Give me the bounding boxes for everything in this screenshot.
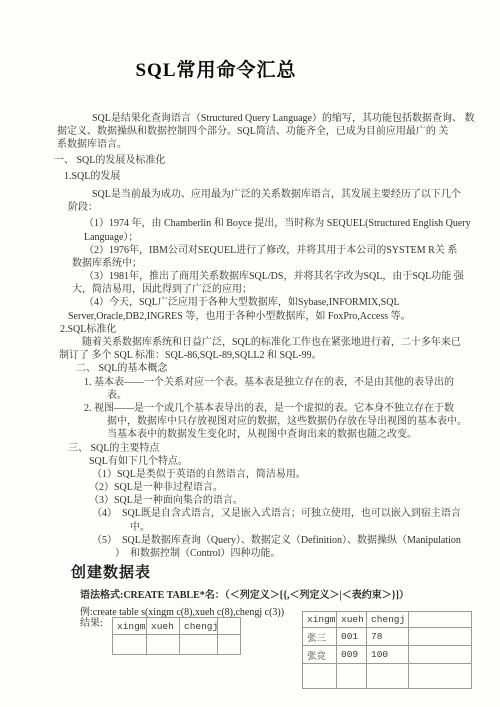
table-cell	[147, 635, 180, 655]
text-line: 大，简洁易用，因此得到了广泛的应用；	[0, 283, 500, 296]
table-cell	[113, 635, 147, 655]
list-item: （5） SQL是数据库查询（Query）、数据定义（Definition）、数据…	[0, 534, 500, 547]
example-line: 例:create table s(xingm c(8),xueh c(8),ch…	[80, 603, 284, 618]
table-cell: 张竞	[303, 646, 337, 664]
table-row: 张竞 009 100	[303, 646, 472, 664]
text-line: 阶段：	[0, 201, 500, 214]
table-header-cell: xingm	[113, 618, 147, 635]
table-header-cell	[218, 618, 241, 635]
text-line: 当基本表中的数据发生变化时，从视图中查询出来的数据也随之改变。	[0, 428, 500, 441]
table-cell	[367, 664, 409, 689]
table-cell	[180, 635, 218, 655]
list-item: （3）1981年，推出了商用关系数据库SQL/DS，并将其名字改为SQL，由于S…	[0, 270, 500, 283]
table-header-row: xingm xueh chengj	[113, 618, 241, 635]
list-item: （2）SQL是一种非过程语言。	[0, 481, 500, 494]
table-cell: 78	[367, 628, 409, 646]
table-row	[113, 635, 241, 655]
text-line: SQL是当前最为成功、应用最为广泛的关系数据库语言，其发展主要经历了以下几个	[0, 188, 500, 201]
text-line: Server,Oracle,DB2,INGRES 等，也用于各种小型数据库，如 …	[0, 310, 500, 323]
result-table-filled: xingm xueh chengj 张三 001 78 张竞 009 100	[302, 611, 472, 689]
table-header-cell: chengj	[367, 612, 409, 628]
list-item: （4） SQL既是自含式语言，又是嵌入式语言；可独立使用，也可以嵌入到宿主语言	[0, 507, 500, 520]
section-heading-2: 二、 SQL的基本概念	[0, 362, 500, 375]
result-table-empty: xingm xueh chengj	[112, 617, 241, 655]
table-cell	[337, 664, 367, 689]
create-table-heading: 创建数据表	[71, 561, 151, 582]
list-item: （3）SQL是一种面向集合的语言。	[0, 494, 500, 507]
table-cell	[303, 664, 337, 689]
list-item: 2. 视图——是一个或几个基本表导出的表，是一个虚拟的表。它本身不独立存在于数	[0, 402, 500, 415]
text-line: SQL是结果化查询语言（Structured Query Language）的缩…	[0, 112, 500, 125]
document-title: SQL常用命令汇总	[0, 55, 432, 82]
text-line: 系数据库语言。	[0, 138, 500, 151]
text-line: 中。	[0, 521, 500, 534]
table-cell	[409, 628, 472, 646]
result-label: 结果:	[80, 614, 103, 629]
list-item: （2）1976年，IBM公司对SEQUEL进行了修改，并将其用于本公司的SYST…	[0, 244, 500, 257]
list-item: （4）今天，SQL广泛应用于各种大型数据库，如Sybase,INFORMIX,S…	[0, 296, 500, 309]
text-line: 制订了 多个 SQL 标准：SQL-86,SQL-89,SQLL2 和 SQL-…	[0, 349, 500, 362]
table-header-cell: xueh	[147, 618, 180, 635]
table-cell	[409, 646, 472, 664]
subsection-heading: 2.SQL标准化	[0, 323, 500, 336]
text-line: 据中，数据库中只存放视图对应的数据，这些数据仍存放在导出视图的基本表中。	[0, 415, 500, 428]
table-row: 张三 001 78	[303, 628, 472, 646]
list-item: （1）1974 年，由 Chamberlin 和 Boyce 提出，当时称为 S…	[0, 217, 500, 230]
table-cell: 100	[367, 646, 409, 664]
text-line: 数据库系统中；	[0, 257, 500, 270]
table-header-cell	[409, 612, 472, 628]
table-cell: 001	[337, 628, 367, 646]
section-heading-3: 三、 SQL的主要特点	[0, 442, 500, 455]
text-line: SQL有如下几个特点。	[0, 455, 500, 468]
syntax-format-line: 语法格式:CREATE TABLE*名：（＜列定义＞[{,＜列定义＞|＜表约束＞…	[80, 586, 409, 601]
subsection-heading: 1.SQL的发展	[0, 170, 500, 183]
text-line: Language）；	[0, 231, 500, 244]
text-line: 据定义、数据操纵和数据控制四个部分。SQL简洁、功能齐全，已成为目前应用最广的 …	[0, 125, 500, 138]
table-cell	[409, 664, 472, 689]
table-header-row: xingm xueh chengj	[303, 612, 472, 628]
list-item: 1. 基本表——一个关系对应一个表。基本表是独立存在的表，不是由其他的表导出的	[0, 376, 500, 389]
text-line: ） 和数据控制（Control）四种功能。	[0, 547, 500, 560]
section-heading-1: 一、 SQL的发展及标准化	[0, 154, 500, 167]
table-cell	[218, 635, 241, 655]
text-line: 随着关系数据库系统和日益广泛，SQL的标准化工作也在紧张地进行着，二十多年来已	[0, 336, 500, 349]
text-line: 表。	[0, 389, 500, 402]
document-body: SQL是结果化查询语言（Structured Query Language）的缩…	[0, 112, 500, 560]
table-row	[303, 664, 472, 689]
table-cell: 张三	[303, 628, 337, 646]
table-cell: 009	[337, 646, 367, 664]
document-page: SQL常用命令汇总 SQL是结果化查询语言（Structured Query L…	[0, 0, 500, 707]
table-header-cell: chengj	[180, 618, 218, 635]
list-item: （1）SQL是类似于英语的自然语言，简洁易用。	[0, 468, 500, 481]
table-header-cell: xueh	[337, 612, 367, 628]
table-header-cell: xingm	[303, 612, 337, 628]
